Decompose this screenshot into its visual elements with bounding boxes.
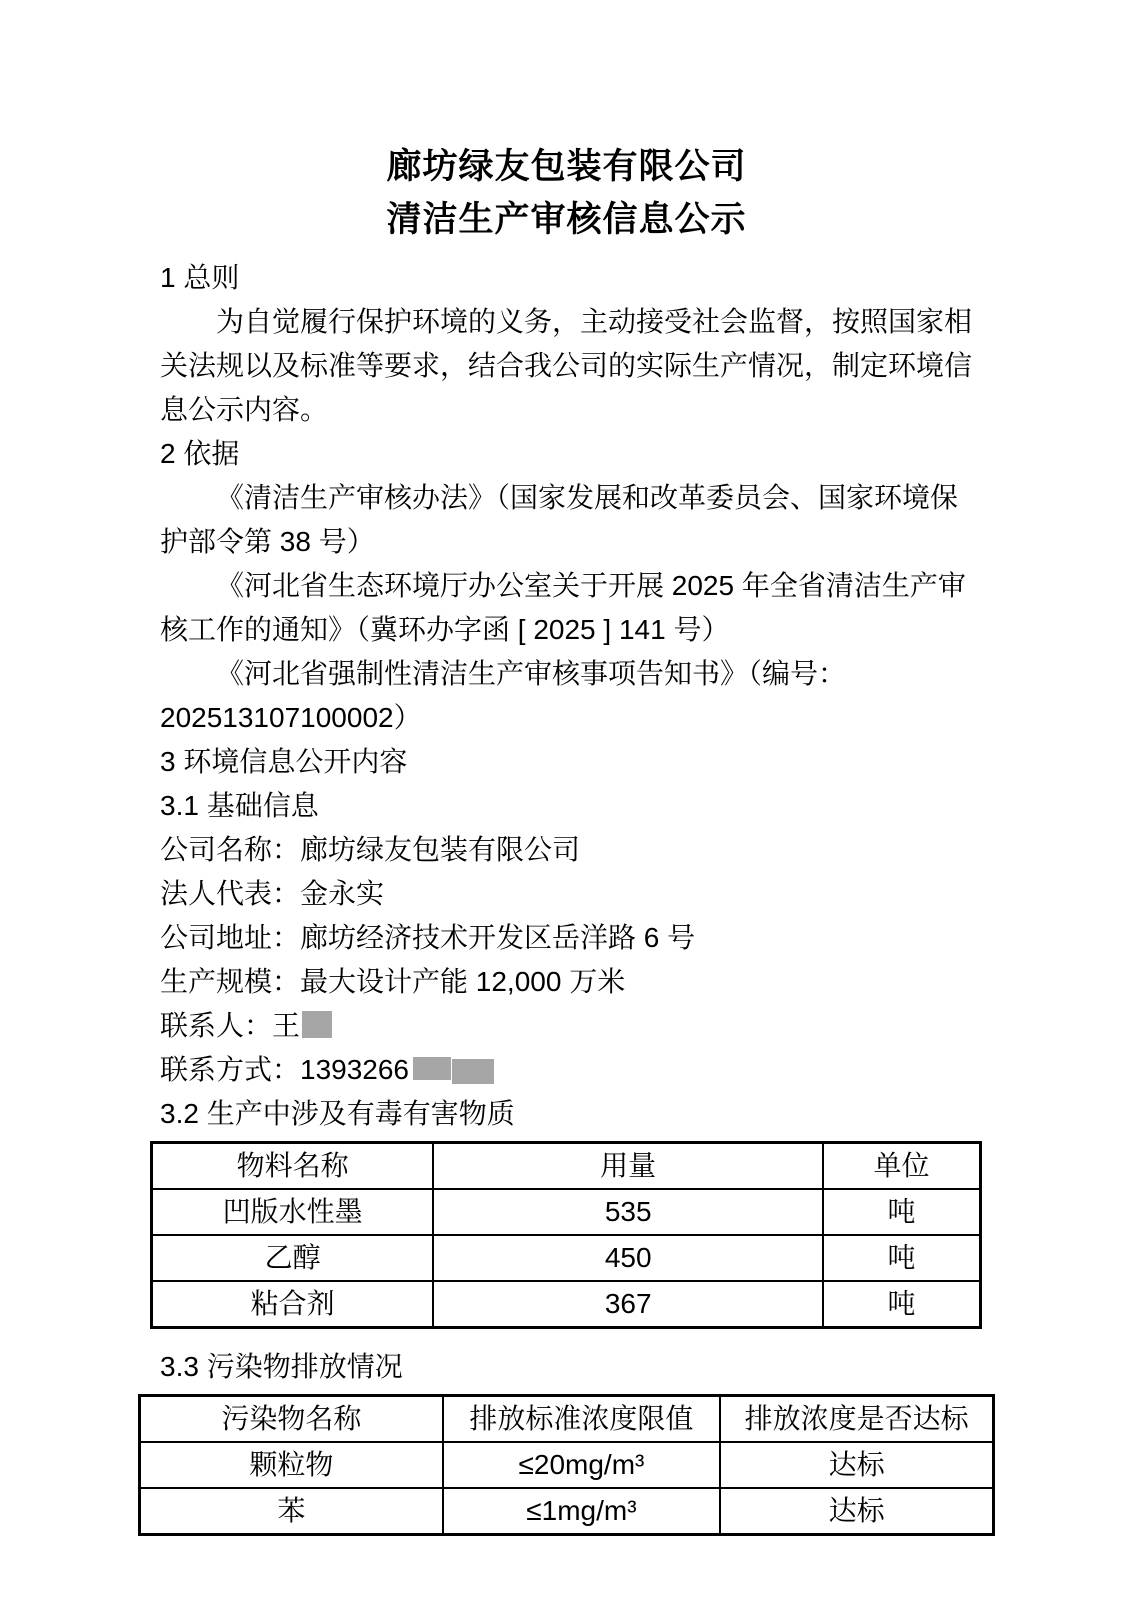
material-usage-cell: 535 [433,1189,823,1235]
section-3-heading: 3 环境信息公开内容 [160,740,973,784]
contact-person-line: 联系人：王 [160,1004,973,1048]
materials-table: 物料名称 用量 单位 凹版水性墨 535 吨 乙醇 450 吨 粘合剂 367 … [150,1141,982,1329]
emissions-header-compliance: 排放浓度是否达标 [720,1396,993,1443]
material-name-cell: 粘合剂 [152,1281,434,1328]
table-row: 凹版水性墨 535 吨 [152,1189,981,1235]
pollutant-compliance-cell: 达标 [720,1488,993,1535]
table-row: 苯 ≤1mg/m³ 达标 [140,1488,994,1535]
materials-header-usage: 用量 [433,1143,823,1190]
pollutant-compliance-cell: 达标 [720,1442,993,1488]
contact-phone-line: 联系方式：1393266 [160,1048,973,1092]
section-1-heading: 1 总则 [160,256,973,300]
materials-header-name: 物料名称 [152,1143,434,1190]
material-name-cell: 凹版水性墨 [152,1189,434,1235]
emissions-header-limit: 排放标准浓度限值 [443,1396,721,1443]
document-title-line2: 清洁生产审核信息公示 [160,193,973,246]
section-2-reference-2: 《河北省生态环境厅办公室关于开展 2025 年全省清洁生产审核工作的通知》（冀环… [160,564,973,652]
pollutant-name-cell: 颗粒物 [140,1442,443,1488]
material-unit-cell: 吨 [823,1189,981,1235]
section-2-reference-1: 《清洁生产审核办法》（国家发展和改革委员会、国家环境保护部令第 38 号） [160,476,973,564]
material-unit-cell: 吨 [823,1281,981,1328]
document-title-line1: 廊坊绿友包装有限公司 [160,140,973,193]
section-3-3-heading: 3.3 污染物排放情况 [160,1345,973,1389]
section-2-reference-3: 《河北省强制性清洁生产审核事项告知书》（编号：202513107100002） [160,652,973,740]
section-3-2-heading: 3.2 生产中涉及有毒有害物质 [160,1092,973,1136]
legal-representative-line: 法人代表：金永实 [160,872,973,916]
emissions-table: 污染物名称 排放标准浓度限值 排放浓度是否达标 颗粒物 ≤20mg/m³ 达标 … [138,1394,995,1536]
redaction-box-contact-name [302,1011,332,1038]
company-name-line: 公司名称：廊坊绿友包装有限公司 [160,828,973,872]
table-row: 颗粒物 ≤20mg/m³ 达标 [140,1442,994,1488]
production-capacity-line: 生产规模：最大设计产能 12,000 万米 [160,960,973,1004]
company-address-line: 公司地址：廊坊经济技术开发区岳洋路 6 号 [160,916,973,960]
section-1-paragraph: 为自觉履行保护环境的义务，主动接受社会监督，按照国家相关法规以及标准等要求，结合… [160,300,973,432]
pollutant-name-cell: 苯 [140,1488,443,1535]
material-unit-cell: 吨 [823,1235,981,1281]
contact-person-text: 联系人：王 [160,1010,300,1041]
document-body: 1 总则 为自觉履行保护环境的义务，主动接受社会监督，按照国家相关法规以及标准等… [160,256,973,1536]
materials-header-unit: 单位 [823,1143,981,1190]
table-row: 乙醇 450 吨 [152,1235,981,1281]
section-3-1-heading: 3.1 基础信息 [160,784,973,828]
contact-phone-text: 联系方式：1393266 [160,1054,409,1085]
redaction-box-phone-2 [452,1059,494,1084]
material-usage-cell: 367 [433,1281,823,1328]
pollutant-limit-cell: ≤20mg/m³ [443,1442,721,1488]
redaction-box-phone-1 [413,1057,451,1080]
document-page: 廊坊绿友包装有限公司 清洁生产审核信息公示 1 总则 为自觉履行保护环境的义务，… [0,0,1131,1600]
section-2-heading: 2 依据 [160,432,973,476]
table-header-row: 污染物名称 排放标准浓度限值 排放浓度是否达标 [140,1396,994,1443]
material-usage-cell: 450 [433,1235,823,1281]
table-row: 粘合剂 367 吨 [152,1281,981,1328]
emissions-header-pollutant: 污染物名称 [140,1396,443,1443]
material-name-cell: 乙醇 [152,1235,434,1281]
pollutant-limit-cell: ≤1mg/m³ [443,1488,721,1535]
table-header-row: 物料名称 用量 单位 [152,1143,981,1190]
